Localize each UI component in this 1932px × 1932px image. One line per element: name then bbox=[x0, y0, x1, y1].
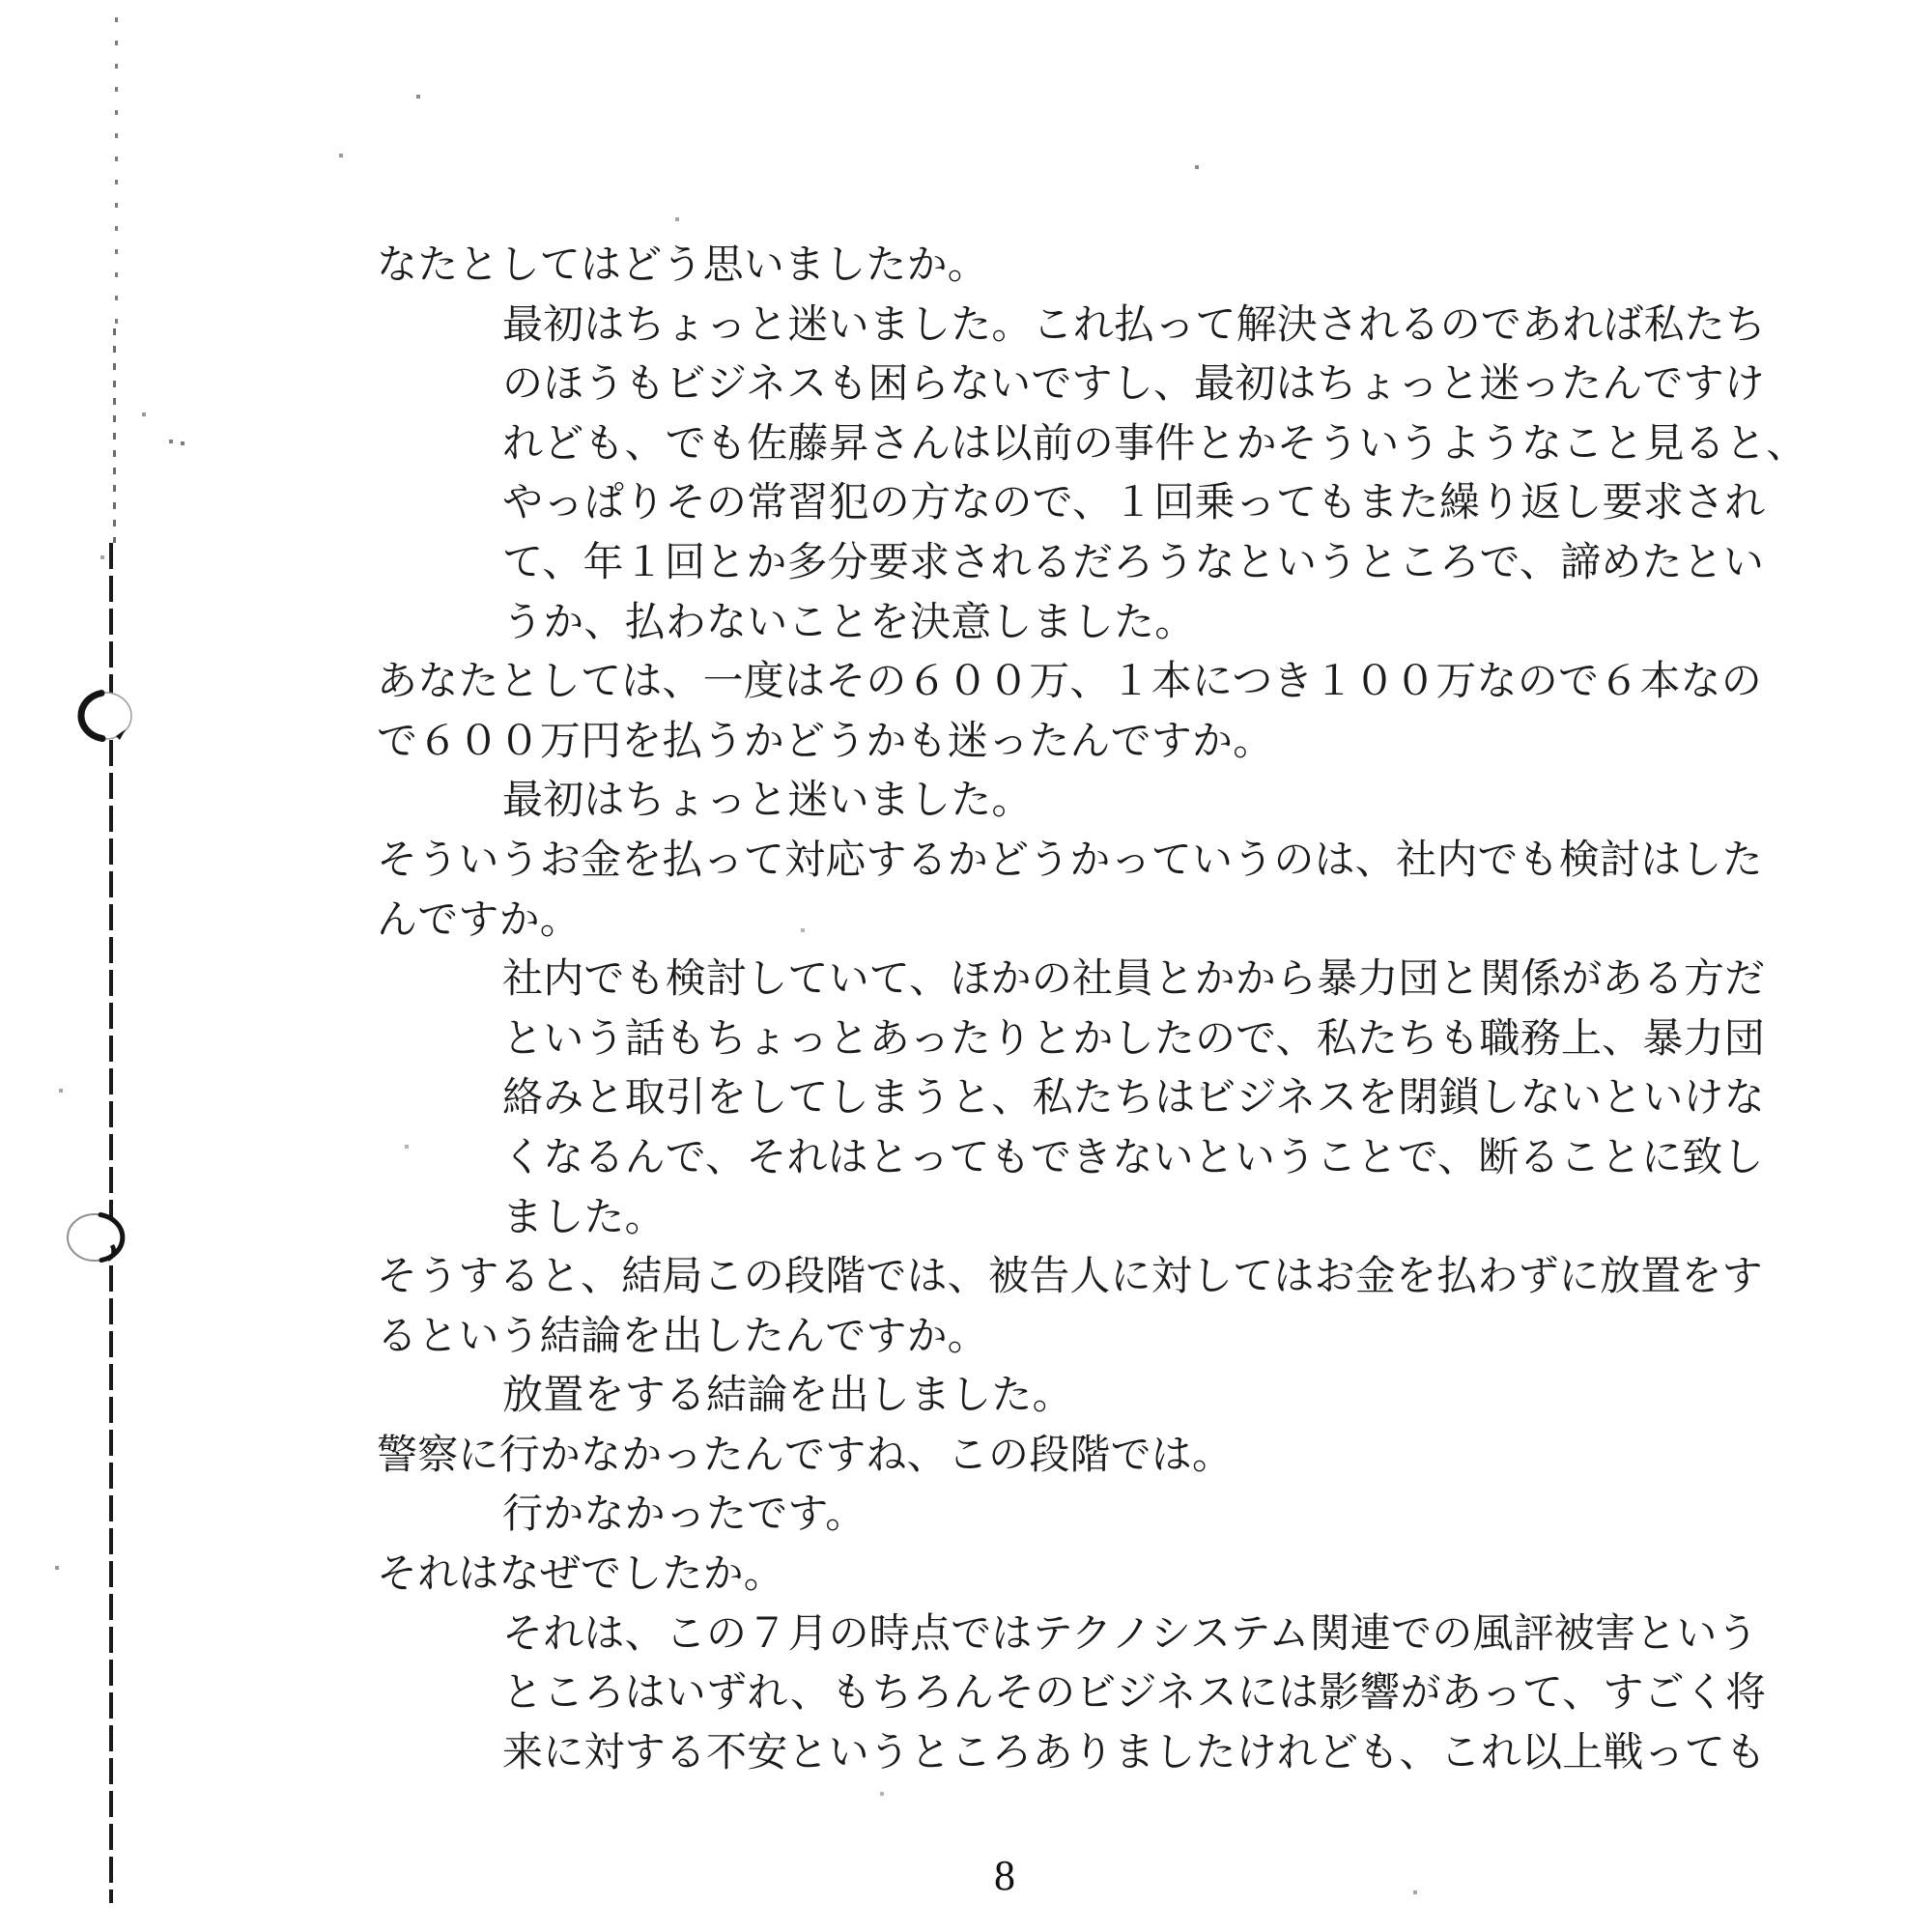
scanned-document-page: なたとしてはどう思いましたか。最初はちょっと迷いました。これ払って解決されるので… bbox=[0, 0, 1932, 1932]
answer-line: やっぱりその常習犯の方なので、１回乗ってもまた繰り返し要求され bbox=[502, 474, 1932, 534]
question-line: そういうお金を払って対応するかどうかっていうのは、社内でも検討はした bbox=[377, 832, 1932, 892]
answer-line: れども、でも佐藤昇さんは以前の事件とかそういうようなこと見ると、 bbox=[502, 415, 1932, 475]
question-line: それはなぜでしたか。 bbox=[377, 1546, 1932, 1605]
answer-line: て、年１回とか多分要求されるだろうなというところで、諦めたとい bbox=[502, 534, 1932, 594]
answer-line: うか、払わないことを決意しました。 bbox=[502, 594, 1932, 654]
answer-line: 行かなかったです。 bbox=[502, 1486, 1932, 1546]
answer-line: のほうもビジネスも困らないですし、最初はちょっと迷ったんですけ bbox=[502, 355, 1932, 415]
answer-line: 来に対する不安というところありましたけれども、これ以上戦っても bbox=[502, 1724, 1932, 1784]
question-line: で６００万円を払うかどうかも迷ったんですか。 bbox=[377, 713, 1932, 773]
question-line: そうすると、結局この段階では、被告人に対してはお金を払わずに放置をす bbox=[377, 1248, 1932, 1308]
answer-line: ました。 bbox=[502, 1189, 1932, 1249]
answer-line: 放置をする結論を出しました。 bbox=[502, 1367, 1932, 1427]
page-number: 8 bbox=[927, 1851, 1082, 1900]
question-line: あなたとしては、一度はその６００万、１本につき１００万なので６本なの bbox=[377, 653, 1932, 713]
scan-noise bbox=[0, 0, 2, 2]
question-line: るという結論を出したんですか。 bbox=[377, 1308, 1932, 1368]
question-line: なたとしてはどう思いましたか。 bbox=[377, 237, 1932, 297]
question-line: 警察に行かなかったんですね、この段階では。 bbox=[377, 1427, 1932, 1487]
answer-line: それは、この７月の時点ではテクノシステム関連での風評被害という bbox=[502, 1605, 1932, 1665]
answer-line: 社内でも検討していて、ほかの社員とかから暴力団と関係がある方だ bbox=[502, 951, 1932, 1010]
answer-line: という話もちょっとあったりとかしたので、私たちも職務上、暴力団 bbox=[502, 1010, 1932, 1070]
transcript: なたとしてはどう思いましたか。最初はちょっと迷いました。これ払って解決されるので… bbox=[0, 237, 1932, 1783]
question-line: んですか。 bbox=[377, 892, 1932, 952]
answer-line: 最初はちょっと迷いました。これ払って解決されるのであれば私たち bbox=[502, 297, 1932, 356]
answer-line: 最初はちょっと迷いました。 bbox=[502, 772, 1932, 832]
answer-line: ところはいずれ、もちろんそのビジネスには影響があって、すごく将 bbox=[502, 1664, 1932, 1724]
answer-line: くなるんで、それはとってもできないということで、断ることに致し bbox=[502, 1129, 1932, 1189]
answer-line: 絡みと取引をしてしまうと、私たちはビジネスを閉鎖しないといけな bbox=[502, 1069, 1932, 1129]
